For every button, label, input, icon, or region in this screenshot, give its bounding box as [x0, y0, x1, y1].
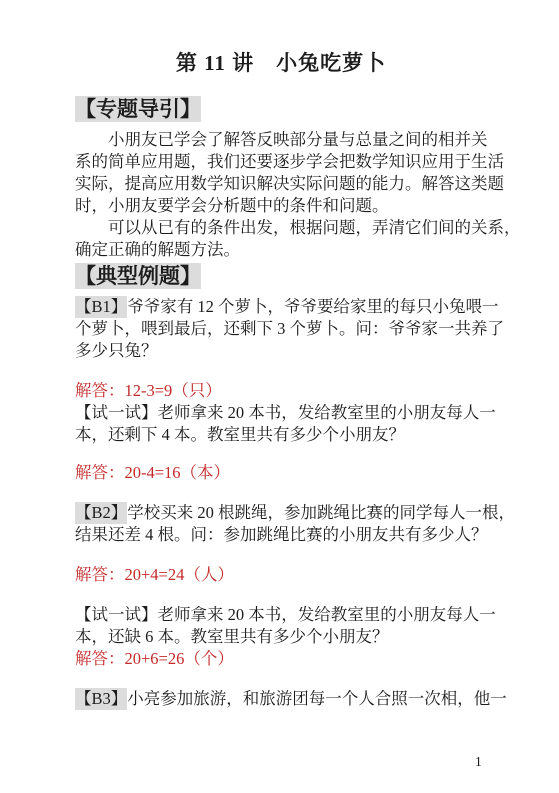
section-heading-examples-label: 【典型例题】: [75, 263, 201, 289]
intro-line: 系的简单应用题，我们还要逐步学会把数学知识应用于生活: [75, 151, 487, 173]
example-b2-tag: 【B2】: [75, 502, 127, 524]
intro-paragraphs: 小朋友已学会了解答反映部分量与总量之间的相并关 系的简单应用题，我们还要逐步学会…: [75, 129, 487, 261]
section-heading-intro: 【专题导引】: [75, 96, 487, 122]
intro-line: 可以从已有的条件出发，根据问题，弄清它们间的关系，: [75, 217, 487, 239]
document-page: 第 11 讲 小兔吃萝卜 【专题导引】 小朋友已学会了解答反映部分量与总量之间的…: [0, 0, 559, 793]
example-line: 本，还剩下 4 本。教室里共有多少个小朋友？: [75, 424, 487, 446]
answer-line-b2: 解答：20+4=24（人）: [75, 564, 487, 586]
example-b3-tag: 【B3】: [75, 688, 127, 710]
example-try2: 【试一试】老师拿来 20 本书，发给教室里的小朋友每人一 本，还缺 6 本。教室…: [75, 604, 487, 648]
example-line-text: 爷爷家有 12 个萝卜，爷爷要给家里的每只小兔喂一: [127, 297, 498, 316]
answer-line-b1: 解答：12-3=9（只）: [75, 380, 487, 402]
example-line: 【B3】小亮参加旅游，和旅游团每一个人合照一次相，他一: [75, 688, 487, 710]
example-try1: 【试一试】老师拿来 20 本书，发给教室里的小朋友每人一 本，还剩下 4 本。教…: [75, 402, 487, 446]
answer-line-try1: 解答：20-4=16（本）: [75, 462, 487, 484]
document-content: 第 11 讲 小兔吃萝卜 【专题导引】 小朋友已学会了解答反映部分量与总量之间的…: [75, 0, 487, 710]
example-b1-tag: 【B1】: [75, 296, 127, 318]
intro-line: 确定正确的解题方法。: [75, 239, 487, 261]
example-line: 个萝卜，喂到最后，还剩下 3 个萝卜。问：爷爷家一共养了: [75, 318, 487, 340]
section-heading-intro-label: 【专题导引】: [75, 96, 201, 122]
answer-line-try2: 解答：20+6=26（个）: [75, 648, 487, 670]
intro-line: 实际，提高应用数学知识解决实际问题的能力。解答这类题: [75, 173, 487, 195]
page-title: 第 11 讲 小兔吃萝卜: [75, 48, 487, 78]
example-line-text: 小亮参加旅游，和旅游团每一个人合照一次相，他一: [127, 689, 507, 708]
example-line: 本，还缺 6 本。教室里共有多少个小朋友？: [75, 626, 487, 648]
example-b3: 【B3】小亮参加旅游，和旅游团每一个人合照一次相，他一: [75, 688, 487, 710]
example-line: 【B1】爷爷家有 12 个萝卜，爷爷要给家里的每只小兔喂一: [75, 296, 487, 318]
example-line-text: 学校买来 20 根跳绳，参加跳绳比赛的同学每人一根，: [127, 503, 515, 522]
example-line: 【B2】学校买来 20 根跳绳，参加跳绳比赛的同学每人一根，: [75, 502, 487, 524]
page-number: 1: [475, 753, 482, 771]
example-b2: 【B2】学校买来 20 根跳绳，参加跳绳比赛的同学每人一根， 结果还差 4 根。…: [75, 502, 487, 546]
intro-line: 时，小朋友要学会分析题中的条件和问题。: [75, 195, 487, 217]
example-b1: 【B1】爷爷家有 12 个萝卜，爷爷要给家里的每只小兔喂一 个萝卜，喂到最后，还…: [75, 296, 487, 362]
example-line: 【试一试】老师拿来 20 本书，发给教室里的小朋友每人一: [75, 402, 487, 424]
section-heading-examples: 【典型例题】: [75, 263, 487, 289]
example-line: 多少只兔？: [75, 340, 487, 362]
example-line: 结果还差 4 根。问：参加跳绳比赛的小朋友共有多少人？: [75, 524, 487, 546]
example-line: 【试一试】老师拿来 20 本书，发给教室里的小朋友每人一: [75, 604, 487, 626]
intro-line: 小朋友已学会了解答反映部分量与总量之间的相并关: [75, 129, 487, 151]
